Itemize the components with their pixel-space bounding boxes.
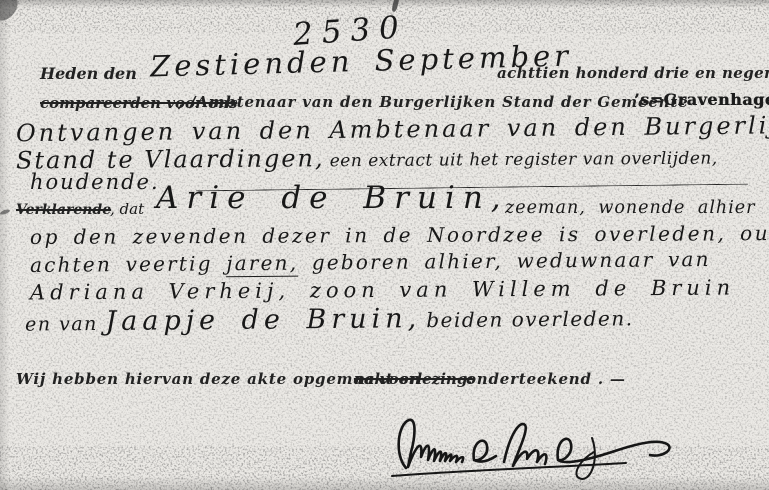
mother-name: Jaapje de Bruin, [105, 303, 421, 337]
handwritten-extract-register: een extract uit het register van overlij… [330, 149, 718, 172]
printed-heden-den: Heden den [40, 66, 137, 82]
age-after: geboren alhier, weduwnaar van [298, 247, 711, 275]
parents-before: en van [25, 313, 106, 336]
handwritten-houdende: houdende. [30, 172, 160, 193]
printed-city-gravenhage: ’s=Gravenhage, [634, 92, 769, 108]
printed-year: achttien honderd drie en negentig, [497, 66, 769, 81]
handwritten-line-adriana-willem: Adriana Verheij, zoon van Willem de Brui… [30, 278, 735, 304]
struck-na-voorlezing: na voorlezing: [354, 372, 473, 387]
scan-edge-shadow-top [0, 0, 769, 8]
handwritten-line-ontvangen: Ontvangen van den Ambtenaar van den Burg… [16, 113, 769, 146]
printed-ambtenaar-line: , /Ambtenaar van den Burgerlijken Stand … [178, 95, 688, 110]
age-jaren-underlined: jaren, [226, 251, 298, 278]
scan-edge-shadow-left [0, 0, 10, 490]
handwritten-line-leeftijd: achten veertig jaren, geboren alhier, we… [30, 249, 711, 275]
age-before: achten veertig [30, 251, 226, 277]
handwritten-line-vlaardingen: Stand te Vlaardingen, een extract uit he… [16, 144, 718, 173]
official-signature [386, 410, 686, 488]
handwritten-zeeman-alhier: zeeman, wonende alhier [505, 200, 756, 218]
handwritten-line-noordzee: op den zevenden dezer in de Noordzee is … [30, 223, 769, 247]
parents-after: beiden overleden. [426, 306, 633, 332]
struck-verklarende: Verklarende [16, 203, 111, 217]
printed-onderteekend: onderteekend . — [466, 372, 626, 387]
scanned-death-certificate: 2530 Heden den Zestienden September acht… [0, 0, 769, 490]
deceased-name: Arie de Bruin, [156, 183, 509, 214]
handwritten-line-jaapje: en van Jaapje de Bruin, beiden overleden… [25, 303, 634, 335]
handwritten-dat: , dat [110, 202, 144, 217]
